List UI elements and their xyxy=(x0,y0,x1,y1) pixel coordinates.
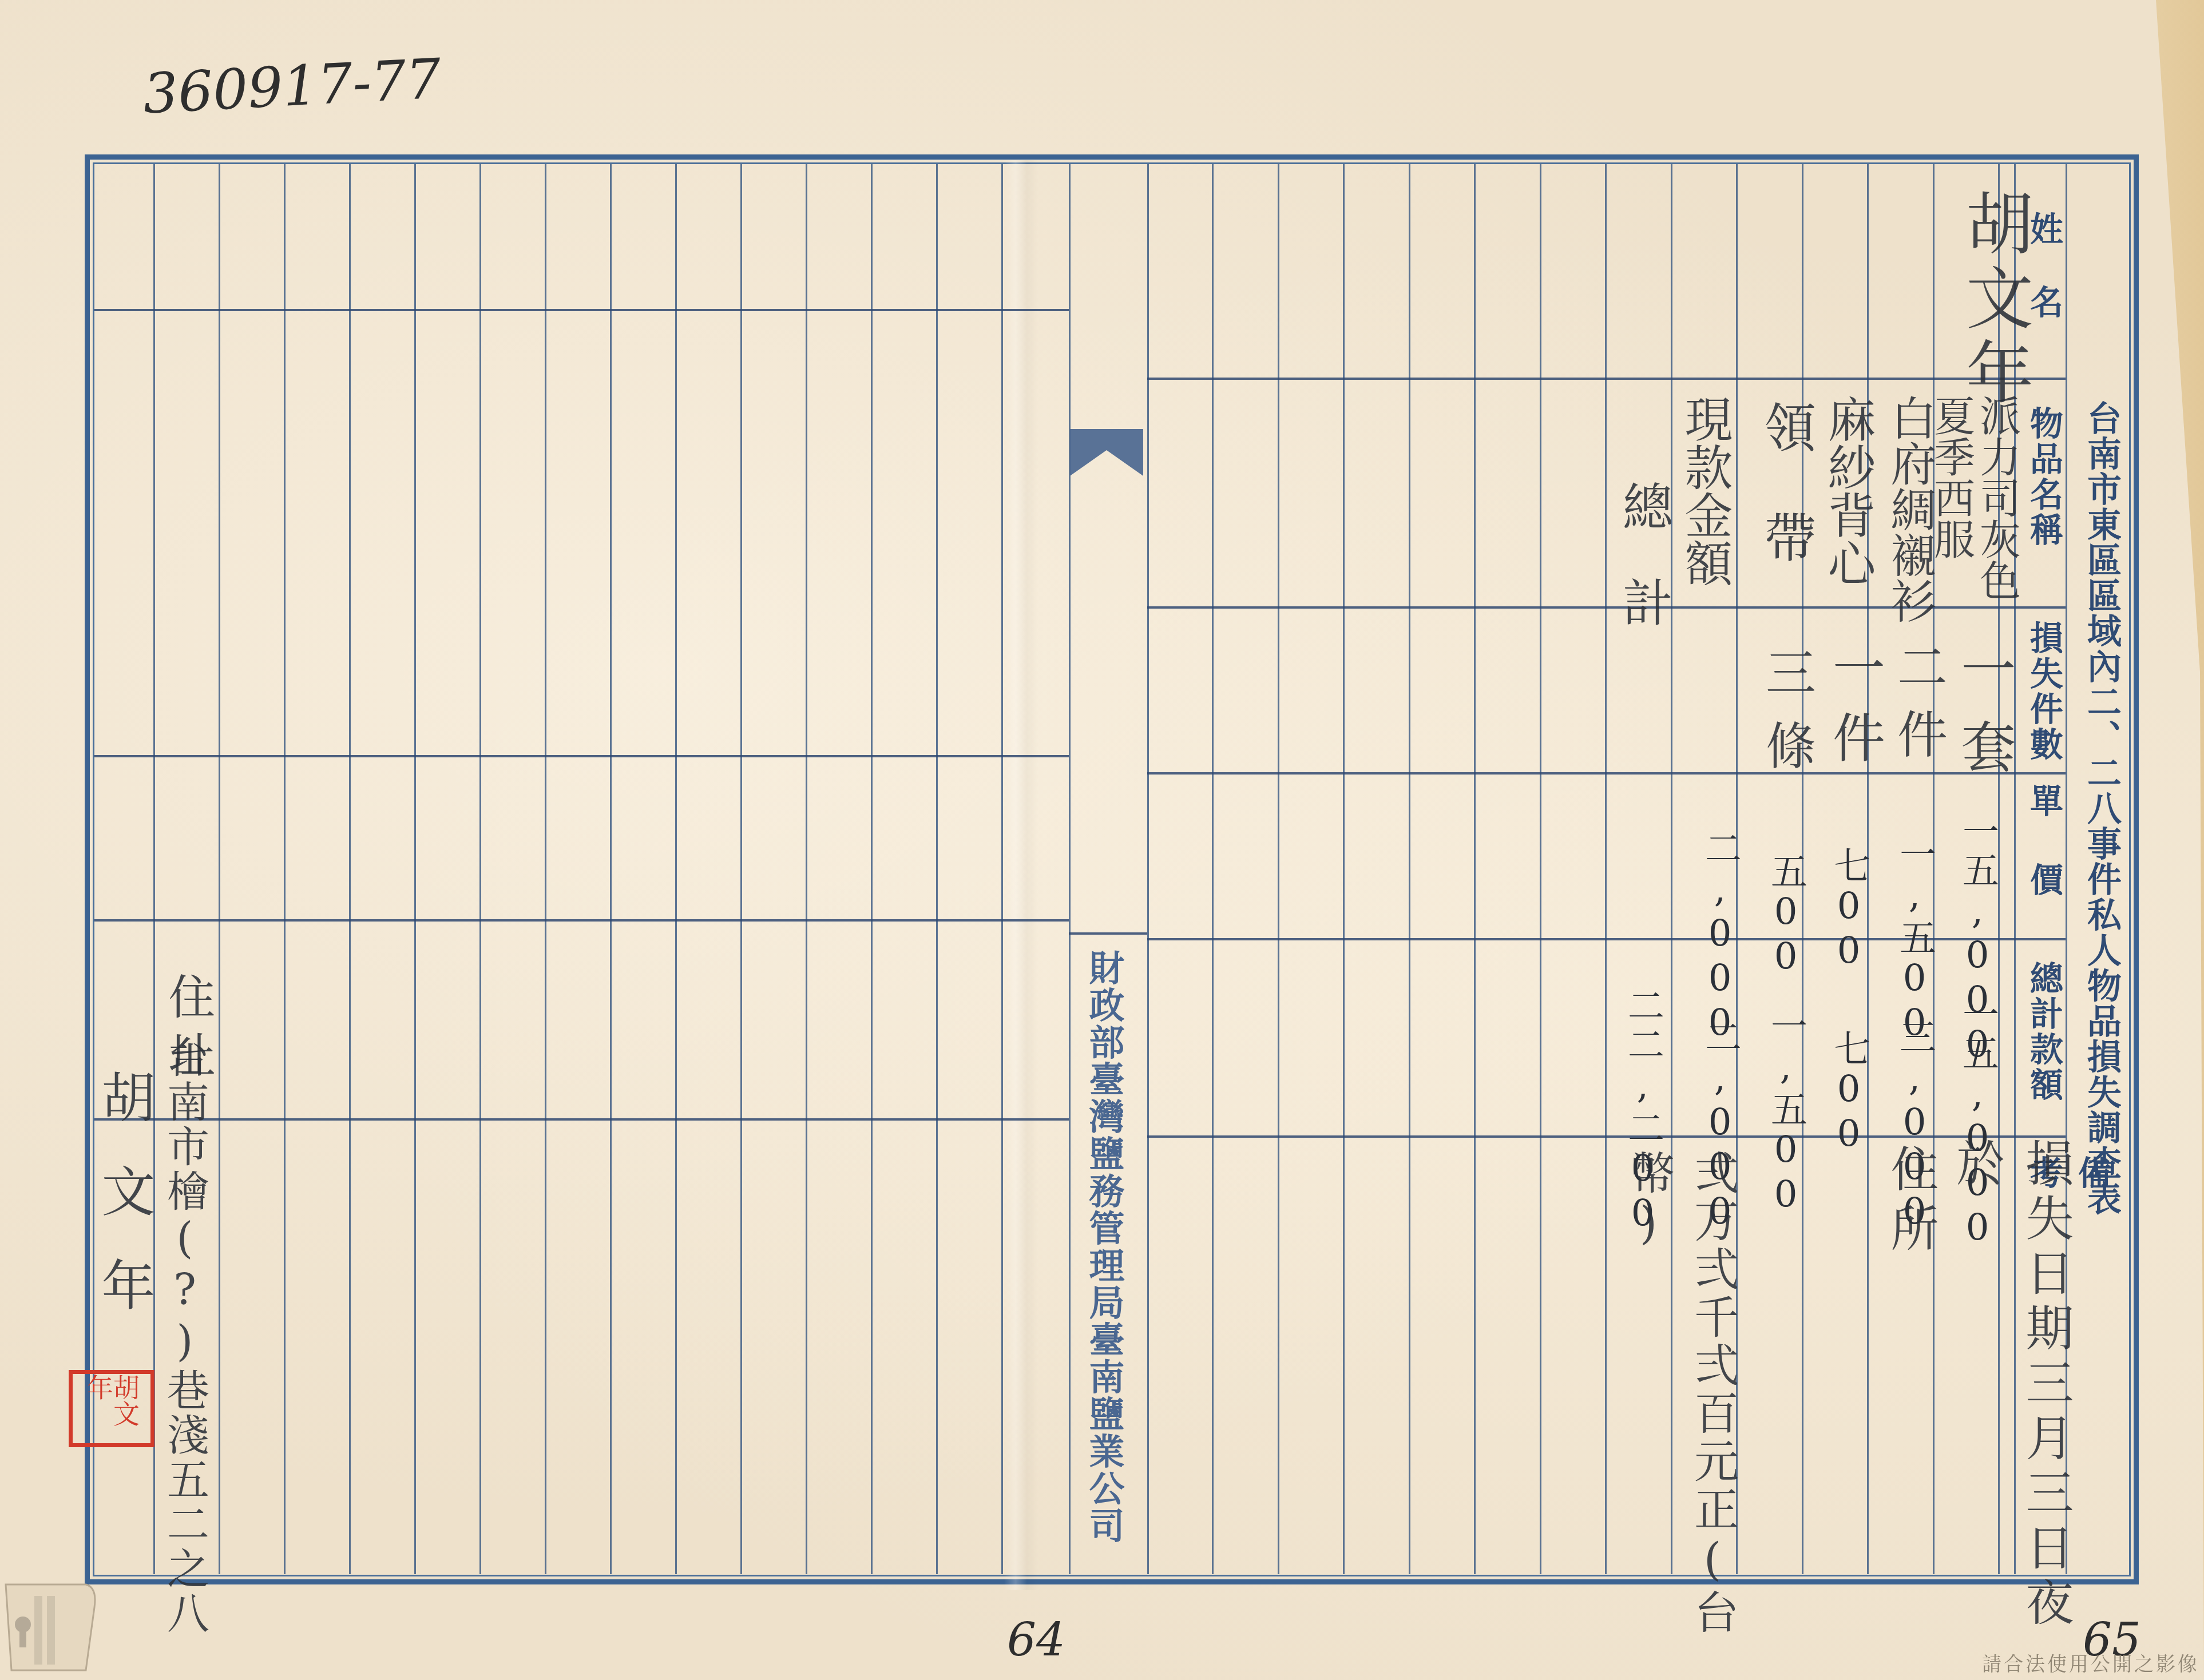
item-row-3-name: 麻紗背心 xyxy=(1814,395,1883,587)
grid-hline xyxy=(94,1118,1069,1121)
grid-hline xyxy=(94,755,1069,757)
header-loss-quantity: 損失件數 xyxy=(2020,621,2068,762)
grid-vline xyxy=(414,164,416,1574)
grid-vline xyxy=(349,164,351,1574)
item-row-4-quantity: 三條 xyxy=(1751,646,1823,793)
item-row-4-unit-price: 五00 xyxy=(1759,852,1812,980)
item-row-2-quantity: 二件 xyxy=(1882,641,1955,776)
center-fold xyxy=(1004,160,1038,1590)
grid-vline xyxy=(284,164,286,1574)
address-value: 台南市檜(?)巷淺五二之八 xyxy=(154,1035,215,1636)
printer-imprint: 財政部臺灣鹽務管理局臺南鹽業公司 xyxy=(1079,950,1129,1544)
grid-vline xyxy=(1001,164,1003,1574)
item-row-3-quantity: 一件 xyxy=(1817,641,1892,780)
item-row-2-unit-price: 一,五00 xyxy=(1888,835,1941,1047)
item-row-2-name: 白府綢襯衫 xyxy=(1877,395,1943,623)
grid-vline xyxy=(1474,164,1476,1574)
item-row-1-quantity: 一套 xyxy=(1945,641,2024,796)
grid-vline xyxy=(675,164,677,1574)
grid-vline xyxy=(936,164,938,1574)
grid-vline xyxy=(1069,164,1071,1574)
header-unit-price: 單價 xyxy=(2020,784,2068,942)
header-item-name: 物品名稱 xyxy=(2020,406,2068,548)
grid-vline xyxy=(610,164,612,1574)
item-row-3-amount: 七00 xyxy=(1822,1030,1875,1158)
grid-vline xyxy=(545,164,546,1574)
grid-vline xyxy=(1147,164,1149,1574)
page-number-left: 64 xyxy=(1007,1613,1065,1666)
grid-vline xyxy=(806,164,807,1574)
item-row-4-name: 領帶 xyxy=(1748,400,1824,620)
total-label: 總計 xyxy=(1608,480,1680,673)
form-title: 台南市東區區域內二、二八事件私人物品損失調查表 xyxy=(2077,400,2126,1216)
grid-vline xyxy=(1605,164,1607,1574)
item-row-4-amount: 一,五00 xyxy=(1759,1007,1812,1218)
grid-vline xyxy=(479,164,481,1574)
seal-text: 胡文年 xyxy=(85,1374,138,1443)
grid-vline xyxy=(1343,164,1345,1574)
owner-name: 胡文年 xyxy=(1945,189,2043,412)
grid-vline xyxy=(1212,164,1214,1574)
item-row-3-unit-price: 七00 xyxy=(1822,847,1875,975)
usage-watermark: 請合法使用公開之影像 xyxy=(1982,1649,2199,1677)
grid-hline xyxy=(94,919,1069,922)
header-total-amount: 總計款額 xyxy=(2020,961,2068,1103)
grid-vline xyxy=(871,164,873,1574)
grid-vline xyxy=(740,164,742,1574)
grid-vline xyxy=(1409,164,1410,1574)
grid-hline xyxy=(1147,378,2066,380)
grid-vline xyxy=(219,164,220,1574)
remarks-location: 住所 xyxy=(1877,1144,1946,1263)
grid-hline xyxy=(1069,932,1147,935)
total-amount-in-words: 弍万弍千弍百元正(台幣) xyxy=(1616,1150,1745,1680)
remarks-loss-date: 損失日期三月三日夜於 xyxy=(1943,1138,2081,1680)
signature: 胡文年 xyxy=(85,1070,162,1351)
red-seal-stamp: 胡文年 xyxy=(69,1370,154,1447)
item-row-1-name: 派力司灰色夏季西服 xyxy=(1934,395,2020,601)
grid-vline xyxy=(1278,164,1279,1574)
grid-vline xyxy=(1540,164,1541,1574)
grid-hline xyxy=(94,309,1069,311)
item-row-5-name: 現款金額 xyxy=(1671,395,1740,587)
item-row-5-unit-price: 二,000 xyxy=(1694,829,1746,1047)
archive-clip-icon xyxy=(0,1562,103,1676)
